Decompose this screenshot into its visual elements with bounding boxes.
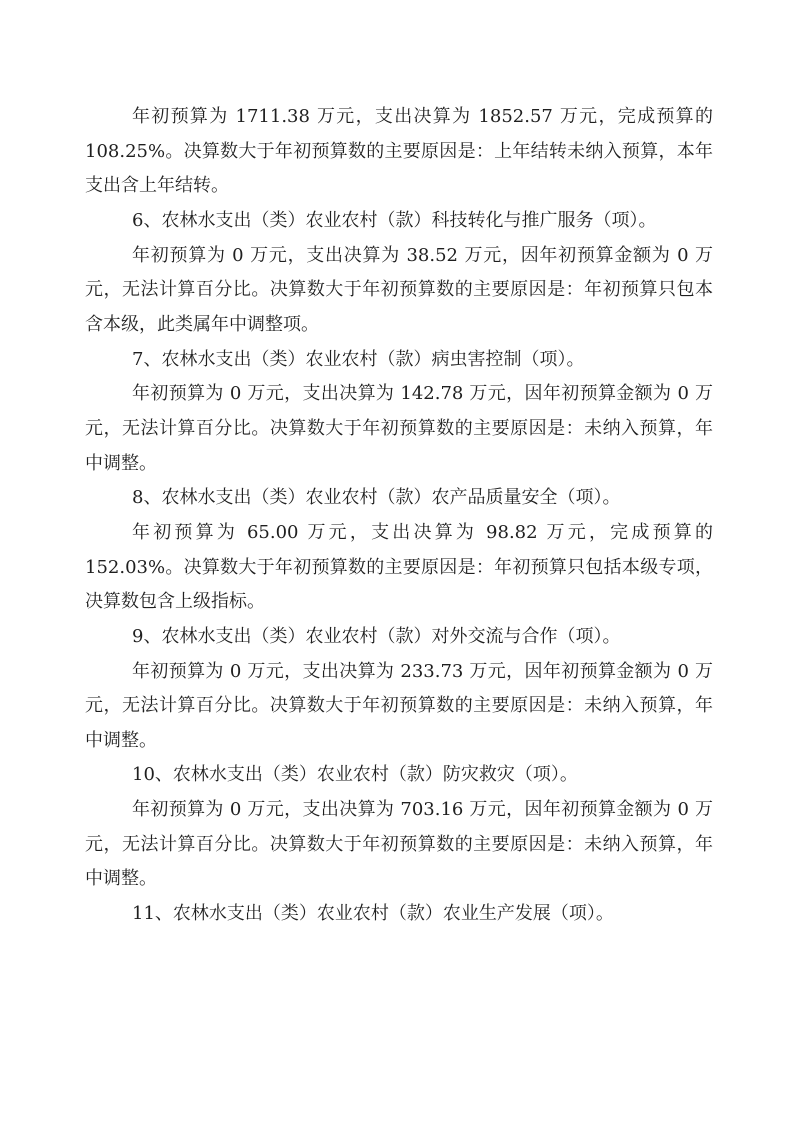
- item-title-paragraph: 8、农林水支出（类）农业农村（款）农产品质量安全（项）。: [85, 481, 713, 516]
- body-paragraph: 年初预算为 1711.38 万元，支出决算为 1852.57 万元，完成预算的 …: [85, 100, 713, 204]
- body-paragraph: 年初预算为 0 万元，支出决算为 38.52 万元，因年初预算金额为 0 万元，…: [85, 239, 713, 343]
- body-paragraph: 年初预算为 0 万元，支出决算为 703.16 万元，因年初预算金额为 0 万元…: [85, 793, 713, 897]
- item-title-paragraph: 6、农林水支出（类）农业农村（款）科技转化与推广服务（项）。: [85, 204, 713, 239]
- document-body: 年初预算为 1711.38 万元，支出决算为 1852.57 万元，完成预算的 …: [85, 100, 713, 932]
- item-title-paragraph: 10、农林水支出（类）农业农村（款）防灾救灾（项）。: [85, 758, 713, 793]
- item-title-paragraph: 7、农林水支出（类）农业农村（款）病虫害控制（项）。: [85, 343, 713, 378]
- body-paragraph: 年初预算为 65.00 万元，支出决算为 98.82 万元，完成预算的 152.…: [85, 516, 713, 620]
- document-page: 年初预算为 1711.38 万元，支出决算为 1852.57 万元，完成预算的 …: [0, 0, 793, 1122]
- body-paragraph: 年初预算为 0 万元，支出决算为 142.78 万元，因年初预算金额为 0 万元…: [85, 377, 713, 481]
- item-title-paragraph: 11、农林水支出（类）农业农村（款）农业生产发展（项）。: [85, 897, 713, 932]
- body-paragraph: 年初预算为 0 万元，支出决算为 233.73 万元，因年初预算金额为 0 万元…: [85, 655, 713, 759]
- item-title-paragraph: 9、农林水支出（类）农业农村（款）对外交流与合作（项）。: [85, 620, 713, 655]
